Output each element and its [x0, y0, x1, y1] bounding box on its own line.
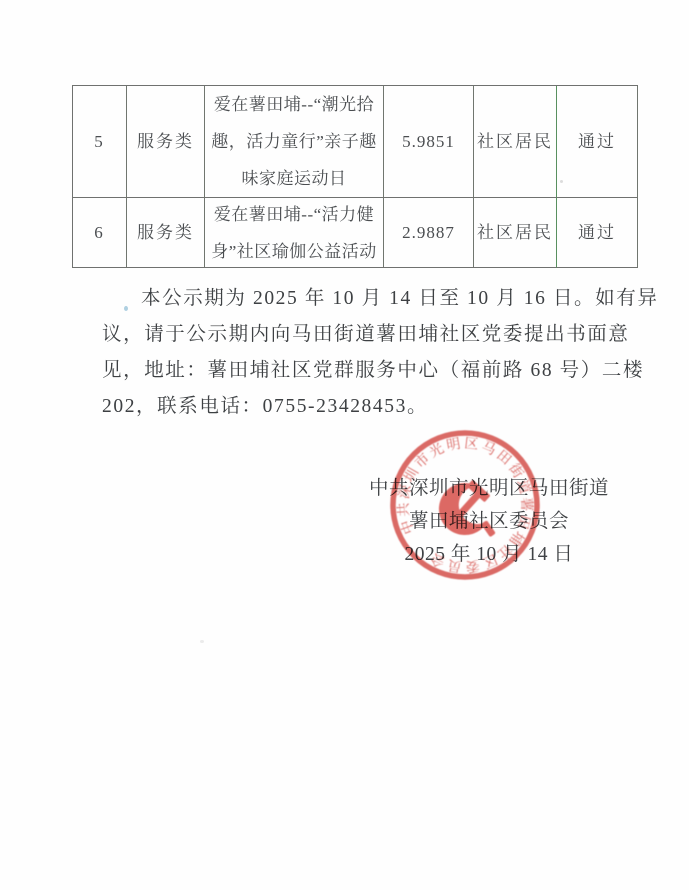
scan-speck-gray [560, 180, 563, 183]
table-cell-row6-target: 社区居民 [474, 198, 557, 268]
table-cell-row5-no: 5 [73, 86, 127, 198]
table-cell-row5-score: 5.9851 [384, 86, 474, 198]
signature-org-line-1: 中共深圳市光明区马田街道 [347, 473, 631, 506]
table-cell-row6-score: 2.9887 [384, 198, 474, 268]
notice-line-3: 见，地址：薯田埔社区党群服务中心（福前路 68 号）二楼 [102, 353, 622, 389]
notice-paragraph: 本公示期为 2025 年 10 月 14 日至 10 月 16 日。如有异 议，… [102, 281, 622, 425]
table-cell-row5-project: 爱在薯田埔--“潮光拾趣，活力童行”亲子趣味家庭运动日 [205, 86, 384, 198]
table-cell-row6-result: 通过 [557, 198, 638, 268]
signature-block: 中共深圳市光明区马田街道 薯田埔社区委员会 2025 年 10 月 14 日 [347, 473, 631, 571]
approval-results-table: 5 服务类 爱在薯田埔--“潮光拾趣，活力童行”亲子趣味家庭运动日 5.9851… [72, 85, 638, 268]
table-cell-row5-result: 通过 [557, 86, 638, 198]
signature-date: 2025 年 10 月 14 日 [347, 539, 631, 572]
table-cell-row6-no: 6 [73, 198, 127, 268]
notice-line-1: 本公示期为 2025 年 10 月 14 日至 10 月 16 日。如有异 [102, 281, 622, 317]
table-cell-row6-category: 服务类 [127, 198, 205, 268]
document-page: 5 服务类 爱在薯田埔--“潮光拾趣，活力童行”亲子趣味家庭运动日 5.9851… [0, 0, 689, 890]
table-cell-row5-target: 社区居民 [474, 86, 557, 198]
table-cell-row5-category: 服务类 [127, 86, 205, 198]
table-cell-row6-project: 爱在薯田埔--“活力健身”社区瑜伽公益活动 [205, 198, 384, 268]
scan-speck-blue [124, 306, 128, 311]
notice-line-4: 202，联系电话：0755-23428453。 [102, 389, 622, 425]
scan-speck-gray [200, 640, 204, 643]
notice-line-2: 议，请于公示期内向马田街道薯田埔社区党委提出书面意 [102, 317, 622, 353]
signature-org-line-2: 薯田埔社区委员会 [347, 506, 631, 539]
